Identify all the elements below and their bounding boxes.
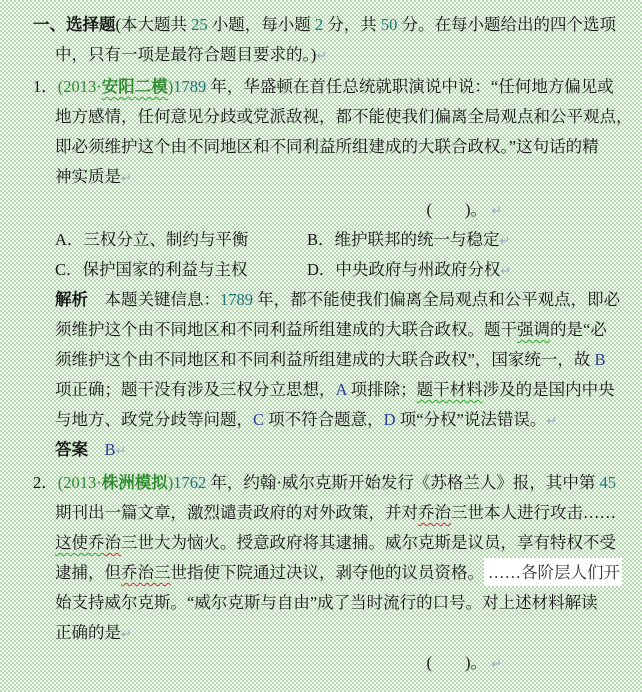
q2-text-line-1: 2．(2013·株洲模拟)1762 年，约翰·威尔克斯开始发行《苏格兰人》报，其…: [0, 468, 642, 498]
text-segment: 项排除；: [347, 380, 417, 399]
text-segment: 乔治三: [121, 563, 171, 582]
text-segment: B: [594, 350, 605, 369]
text-segment: 1789: [220, 290, 253, 309]
text-segment: ↵: [316, 49, 327, 64]
q1-analysis-line-1: 解析 本题关键信息：1789 年，都不能使我们偏离全局观点和公平观点，即必: [0, 285, 642, 315]
q1-analysis-line-3: 须维护这个由不同地区和不同利益所组建成的大联合政权”，国家统一，故 B: [0, 345, 642, 375]
text-segment: 正确的是: [55, 623, 121, 642]
q1-options-row-ab: A．三权分立、制约与平衡B．维护联邦的统一与稳定↵: [0, 225, 642, 255]
text-segment: D．中央政府与州政府分权: [307, 260, 500, 279]
text-segment: 项不符合题意，: [264, 410, 384, 429]
q1-answer-line: 答案 B↵: [0, 435, 642, 465]
section-header-line-2: 中，只有一项是最符合题目要求的。)↵: [0, 40, 642, 70]
text-segment: 题干材料: [417, 380, 483, 399]
text-segment: 三世大为恼火。授意政府将其逮捕。威尔克斯是议员，享有特权不受: [121, 533, 616, 552]
text-segment: (本大题共: [116, 15, 192, 34]
text-segment: 株洲模拟: [102, 473, 168, 492]
highlighted-text: ……各阶层人们开: [484, 558, 622, 586]
text-segment: 世指使下院通过决议，剥夺他的议员资格。: [171, 563, 485, 582]
q1-analysis-line-4: 项正确；题干没有涉及三权分立思想，A 项排除；题干材料涉及的是国内中央: [0, 375, 642, 405]
text-segment: 治: [105, 533, 122, 552]
q1-text-line-1: 1．(2013·安阳二模)1789 年，华盛顿在首任总统就职演说中说：“任何地方…: [0, 72, 642, 102]
q1-options-row-cd: C．保护国家的利益与主权D．中央政府与州政府分权↵: [0, 255, 642, 285]
section-header-line-1: 一、选择题(本大题共 25 小题，每小题 2 分，共 50 分。在每小题给出的四…: [0, 10, 642, 40]
text-segment: 一、选择题: [33, 15, 116, 34]
text-segment: ↵: [116, 444, 127, 459]
text-segment: ( )。: [426, 653, 487, 672]
text-segment: 本题关键信息：: [88, 290, 220, 309]
text-segment: 45: [600, 473, 617, 492]
text-segment: A．三权分立、制约与平衡: [55, 225, 307, 255]
text-segment: 25: [191, 15, 208, 34]
q2-text-line-4: 逮捕，但乔治三世指使下院通过决议，剥夺他的议员资格。……各阶层人们开: [0, 558, 642, 588]
q1-answer-bracket: ( )。 ↵: [0, 195, 642, 225]
text-segment: ↵: [487, 204, 502, 219]
q1-text-line-4: 神实质是↵: [0, 162, 642, 192]
text-segment: 这使乔: [55, 533, 105, 552]
text-segment: 1789: [173, 77, 206, 96]
text-segment: 项“分权”说法错误。: [396, 410, 547, 429]
text-segment: 年，都不能使我们偏离全局观点和公平观点，即必: [253, 290, 620, 309]
text-segment: 期刊出一篇文章，激烈谴责政府的对外政策，并对: [55, 503, 418, 522]
text-segment: 年，华盛顿在首任总统就职演说中说：“任何地方偏见或: [206, 77, 613, 96]
text-segment: (2013·: [58, 77, 102, 96]
text-segment: 分。在每小题给出的四个选项: [397, 15, 616, 34]
text-segment: B: [105, 440, 116, 459]
q1-text-line-2: 地方感情，任何意见分歧或党派敌视，都不能使我们偏离全局观点和公平观点，: [0, 102, 642, 132]
text-segment: 始支持威尔克斯。“威尔克斯与自由”成了当时流行的口号。对上述材料解读: [55, 593, 598, 612]
text-segment: 2: [315, 15, 323, 34]
text-segment: ( )。: [426, 200, 487, 219]
q1-analysis-line-2: 须维护这个由不同地区和不同利益所组建成的大联合政权。题干强调的是“必: [0, 315, 642, 345]
text-segment: 逮捕，但: [55, 563, 121, 582]
text-segment: C: [253, 410, 264, 429]
text-segment: 1．: [33, 77, 58, 96]
text-segment: [88, 440, 105, 459]
text-segment: ↵: [500, 234, 511, 249]
text-segment: 项正确；题干没有涉及三权分立思想，: [55, 380, 336, 399]
text-segment: (2013·: [58, 473, 102, 492]
q2-text-line-6: 正确的是↵: [0, 618, 642, 648]
text-segment: 即必须维护这个由不同地区和不同利益所组建成的大联合政权。”这句话的精: [55, 137, 599, 156]
text-segment: 50: [381, 15, 398, 34]
text-segment: ↵: [121, 627, 132, 642]
q2-answer-bracket: ( )。 ↵: [0, 648, 642, 678]
text-segment: 安阳二模: [102, 77, 168, 96]
text-segment: 须维护这个由不同地区和不同利益所组建成的大联合政权”，国家统一，故: [55, 350, 594, 369]
text-segment: C．保护国家的利益与主权: [55, 255, 307, 285]
q2-text-line-2: 期刊出一篇文章，激烈谴责政府的对外政策，并对乔治三世本人进行攻击……: [0, 498, 642, 528]
text-segment: 涉及的是国内中央: [483, 380, 615, 399]
text-segment: 三世本人进行攻击……: [451, 503, 616, 522]
text-segment: 地方感情，任何意见分歧或党派敌视，都不能使我们偏离全局观点和公平观点，: [55, 107, 633, 126]
text-segment: 解析: [55, 290, 88, 309]
q1-analysis-line-5: 与地方、政党分歧等问题，C 项不符合题意，D 项“分权”说法错误。↵: [0, 405, 642, 435]
text-segment: 1762: [173, 473, 206, 492]
text-segment: D: [384, 410, 396, 429]
text-segment: 答案: [55, 440, 88, 459]
q1-text-line-3: 即必须维护这个由不同地区和不同利益所组建成的大联合政权。”这句话的精: [0, 132, 642, 162]
text-segment: 与地方、政党分歧等问题，: [55, 410, 253, 429]
text-segment: ↵: [500, 264, 511, 279]
q2-text-line-3: 这使乔治三世大为恼火。授意政府将其逮捕。威尔克斯是议员，享有特权不受: [0, 528, 642, 558]
text-segment: 的是“必: [550, 320, 607, 339]
text-segment: 须维护这个由不同地区和不同利益所组建成的大联合政权。题干: [55, 320, 517, 339]
text-segment: 乔治: [418, 503, 451, 522]
text-segment: ↵: [546, 414, 557, 429]
q2-text-line-5: 始支持威尔克斯。“威尔克斯与自由”成了当时流行的口号。对上述材料解读: [0, 588, 642, 618]
text-segment: 年，约翰·威尔克斯开始发行《苏格兰人》报，其中第: [206, 473, 599, 492]
text-segment: ↵: [121, 171, 132, 186]
text-segment: 小题，每小题: [208, 15, 315, 34]
text-segment: 中，只有一项是最符合题目要求的。): [55, 45, 316, 64]
text-segment: 2．: [33, 473, 58, 492]
text-segment: B．维护联邦的统一与稳定: [307, 230, 500, 249]
text-segment: 分，共: [323, 15, 381, 34]
text-segment: A: [336, 380, 347, 399]
text-segment: 强调: [517, 320, 550, 339]
text-segment: ↵: [487, 657, 502, 672]
text-segment: 神实质是: [55, 167, 121, 186]
exam-document-page: 一、选择题(本大题共 25 小题，每小题 2 分，共 50 分。在每小题给出的四…: [0, 0, 642, 692]
